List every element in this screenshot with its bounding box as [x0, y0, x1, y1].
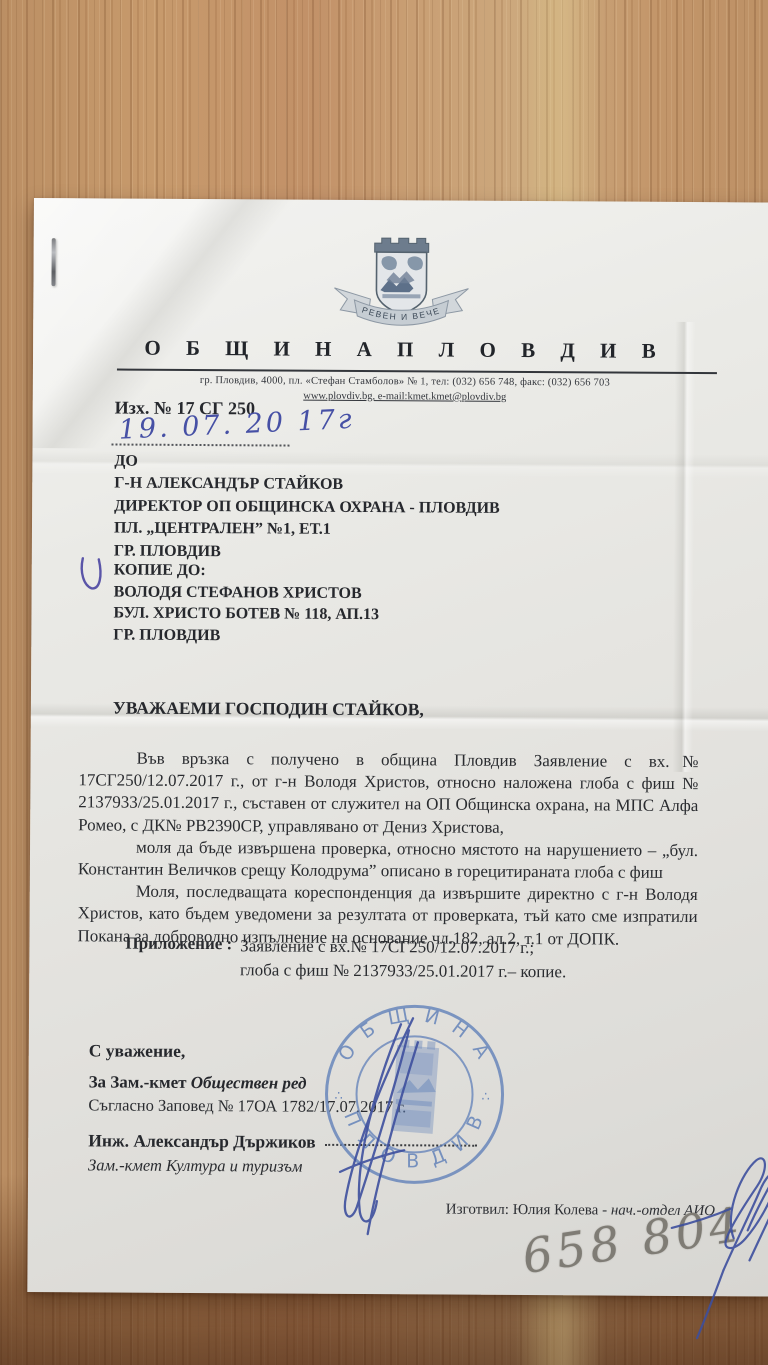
attachments-label: Приложение : [125, 934, 232, 982]
attachment-item-2: глоба с фиш № 2137933/25.01.2017 г.– коп… [240, 958, 566, 983]
copy-to-line: ВОЛОДЯ СТЕФАНОВ ХРИСТОВ [114, 581, 380, 604]
staple [51, 238, 55, 286]
closing-phrase: С уважение, [89, 1040, 186, 1062]
for-deputy-mayor-line: За Зам.-кмет Обществен ред [89, 1072, 307, 1093]
stamp-ornament-right: ∴ [481, 1089, 489, 1104]
recipient-block: ДО Г-Н АЛЕКСАНДЪР СТАЙКОВ ДИРЕКТОР ОП ОБ… [114, 450, 500, 564]
for-line-prefix: За Зам.-кмет [89, 1072, 191, 1092]
copy-to-block: КОПИЕ ДО: ВОЛОДЯ СТЕФАНОВ ХРИСТОВ БУЛ. Х… [113, 559, 379, 647]
recipient-line: ДО [114, 450, 500, 475]
paper-crease-vertical [673, 322, 696, 772]
copy-to-line: КОПИЕ ДО: [114, 559, 380, 582]
signer-role: Зам.-кмет Култура и туризъм [88, 1155, 302, 1176]
recipient-line: ДИРЕКТОР ОП ОБЩИНСКА ОХРАНА - ПЛОВДИВ [114, 495, 500, 520]
letter-body: Във връзка с получено в община Пловдив З… [77, 747, 698, 951]
copy-to-line: ГР. ПЛОВДИВ [113, 624, 379, 647]
attachment-item-1: Заявление с вх.№ 17СГ250/12.07.2017 г.; [240, 934, 566, 959]
attachments-block: Приложение : Заявление с вх.№ 17СГ250/12… [125, 934, 566, 984]
copy-to-line: БУЛ. ХРИСТО БОТЕВ № 118, АП.13 [113, 603, 379, 626]
pen-signature-main [316, 1012, 447, 1248]
recipient-line: ПЛ. „ЦЕНТРАЛЕН” №1, ЕТ.1 [114, 518, 500, 543]
letter-document: ДРЕВЕН И ВЕЧЕН О Б Щ И Н А П Л О В Д И В… [27, 198, 768, 1297]
body-paragraph-2: моля да бъде извършена проверка, относно… [78, 836, 698, 884]
prepared-by-prefix: Изготвил: Юлия Колева - [446, 1202, 611, 1219]
municipality-name: О Б Щ И Н А П Л О В Д И В [33, 335, 768, 365]
salutation: УВАЖАЕМИ ГОСПОДИН СТАЙКОВ, [113, 697, 424, 720]
body-paragraph-1: Във връзка с получено в община Пловдив З… [78, 747, 699, 840]
pen-signature-secondary [663, 1142, 768, 1343]
plovdiv-coat-of-arms-icon: ДРЕВЕН И ВЕЧЕН [316, 236, 487, 341]
signer-name-text: Инж. Александър Държиков [88, 1130, 315, 1151]
handwritten-checkmark-icon [78, 554, 108, 598]
recipient-line: Г-Н АЛЕКСАНДЪР СТАЙКОВ [114, 473, 500, 498]
for-line-role: Обществен ред [191, 1073, 307, 1093]
